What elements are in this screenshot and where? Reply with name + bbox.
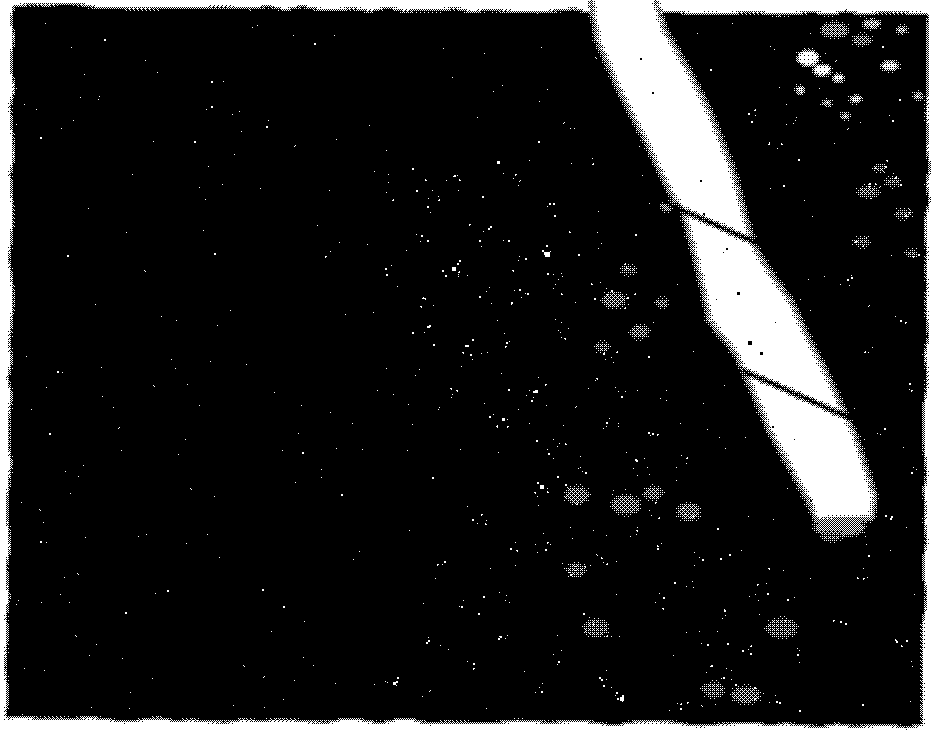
scanned-page: [0, 0, 934, 738]
halftone-photograph: [0, 0, 934, 738]
photo-canvas: [0, 0, 934, 738]
